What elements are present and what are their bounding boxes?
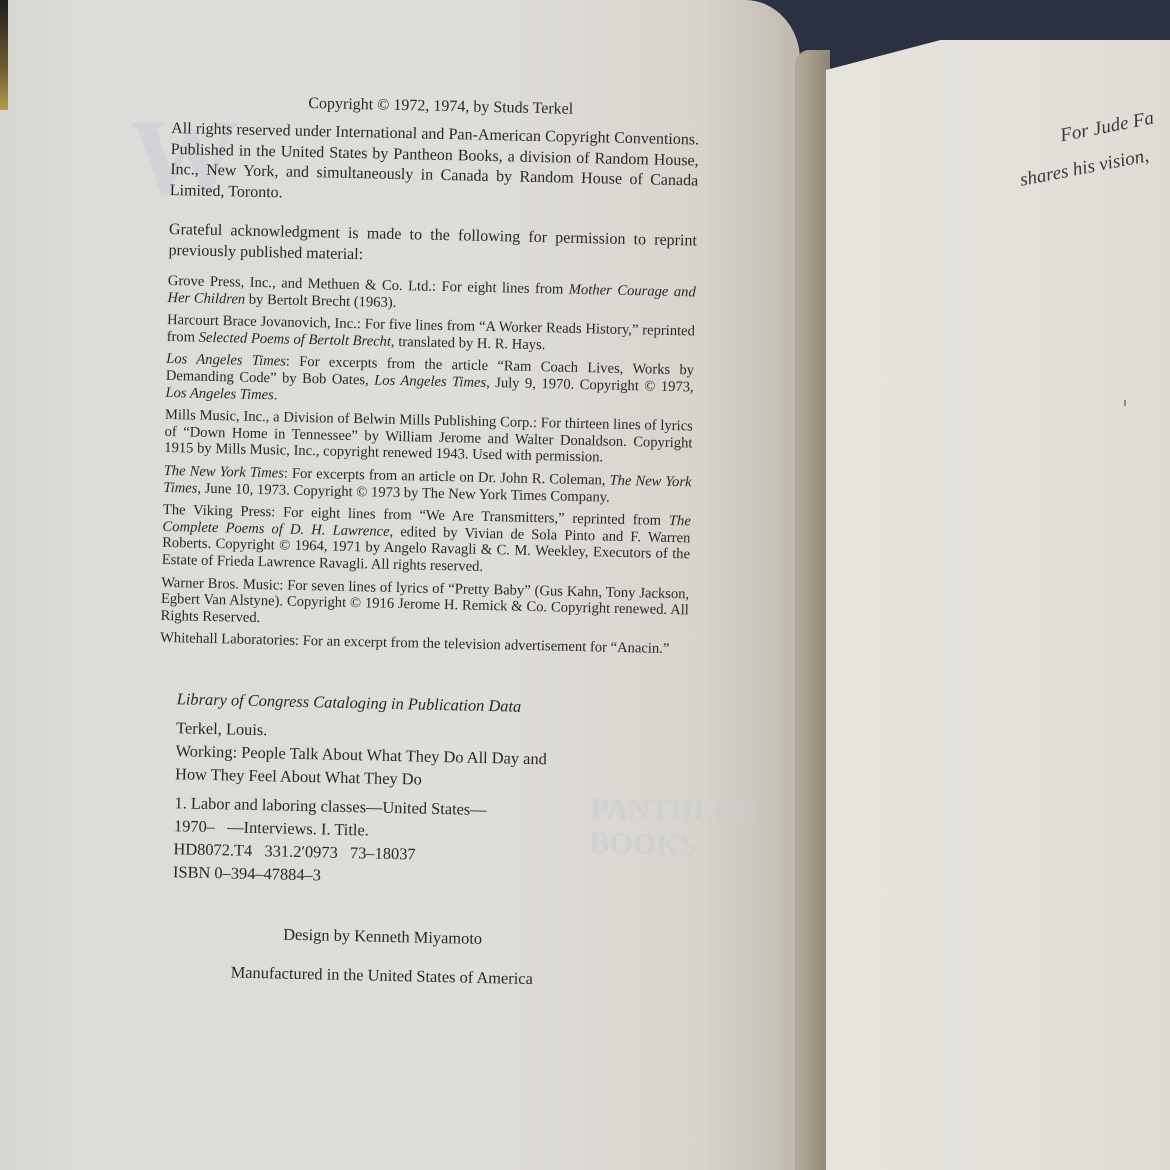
credit-entry: Los Angeles Times: For excerpts from the…: [165, 351, 694, 412]
credit-text: , translated by H. R. Hays.: [391, 334, 546, 353]
credit-title: Los Angeles Times: [165, 384, 274, 402]
credit-text: .: [274, 387, 278, 403]
credit-title: Selected Poems of Bertolt Brecht: [199, 329, 392, 349]
credit-source: Whitehall Laboratories: [160, 630, 295, 649]
credit-text: , July 9, 1970. Copyright © 1973,: [486, 375, 694, 396]
credit-entry: Whitehall Laboratories: For an excerpt f…: [160, 630, 688, 658]
credit-source: Los Angeles Times: [166, 351, 286, 370]
credit-source: The New York Times: [164, 463, 284, 482]
credit-source: The Viking Press: [163, 502, 272, 520]
credit-entry: Mills Music, Inc., a Division of Belwin …: [164, 407, 693, 468]
acknowledgment-intro: Grateful acknowledgment is made to the f…: [168, 220, 697, 273]
book-gutter: [795, 50, 830, 1170]
cip-heading: Library of Congress Cataloging in Public…: [177, 687, 687, 721]
credit-source: Warner Bros. Music: [161, 574, 279, 593]
right-page: [826, 40, 1170, 1170]
rights-statement: All rights reserved under International …: [170, 119, 700, 212]
credits-list: Grove Press, Inc., and Methuen & Co. Ltd…: [160, 273, 696, 658]
credit-entry: Grove Press, Inc., and Methuen & Co. Ltd…: [167, 273, 696, 318]
credit-entry: The New York Times: For excerpts from an…: [163, 463, 692, 508]
paper-speck: [1124, 400, 1126, 406]
cip-data: Library of Congress Cataloging in Public…: [155, 687, 687, 894]
copyright-page-content: Copyright © 1972, 1974, by Studs Terkel …: [153, 92, 700, 990]
credit-text: : For an excerpt from the television adv…: [295, 633, 670, 657]
credit-entry: Warner Bros. Music: For seven lines of l…: [160, 574, 689, 635]
credit-entry: The Viking Press: For eight lines from “…: [162, 502, 691, 580]
credit-title: Los Angeles Times: [374, 372, 486, 390]
credit-text: by Bertolt Brecht (1963).: [245, 291, 397, 310]
credit-entry: Harcourt Brace Jovanovich, Inc.: For fiv…: [166, 312, 695, 357]
book-cover-edge: [0, 0, 8, 110]
design-credit: Design by Kenneth Miyamoto: [154, 923, 682, 952]
credit-text: : For eight lines from: [432, 279, 569, 298]
